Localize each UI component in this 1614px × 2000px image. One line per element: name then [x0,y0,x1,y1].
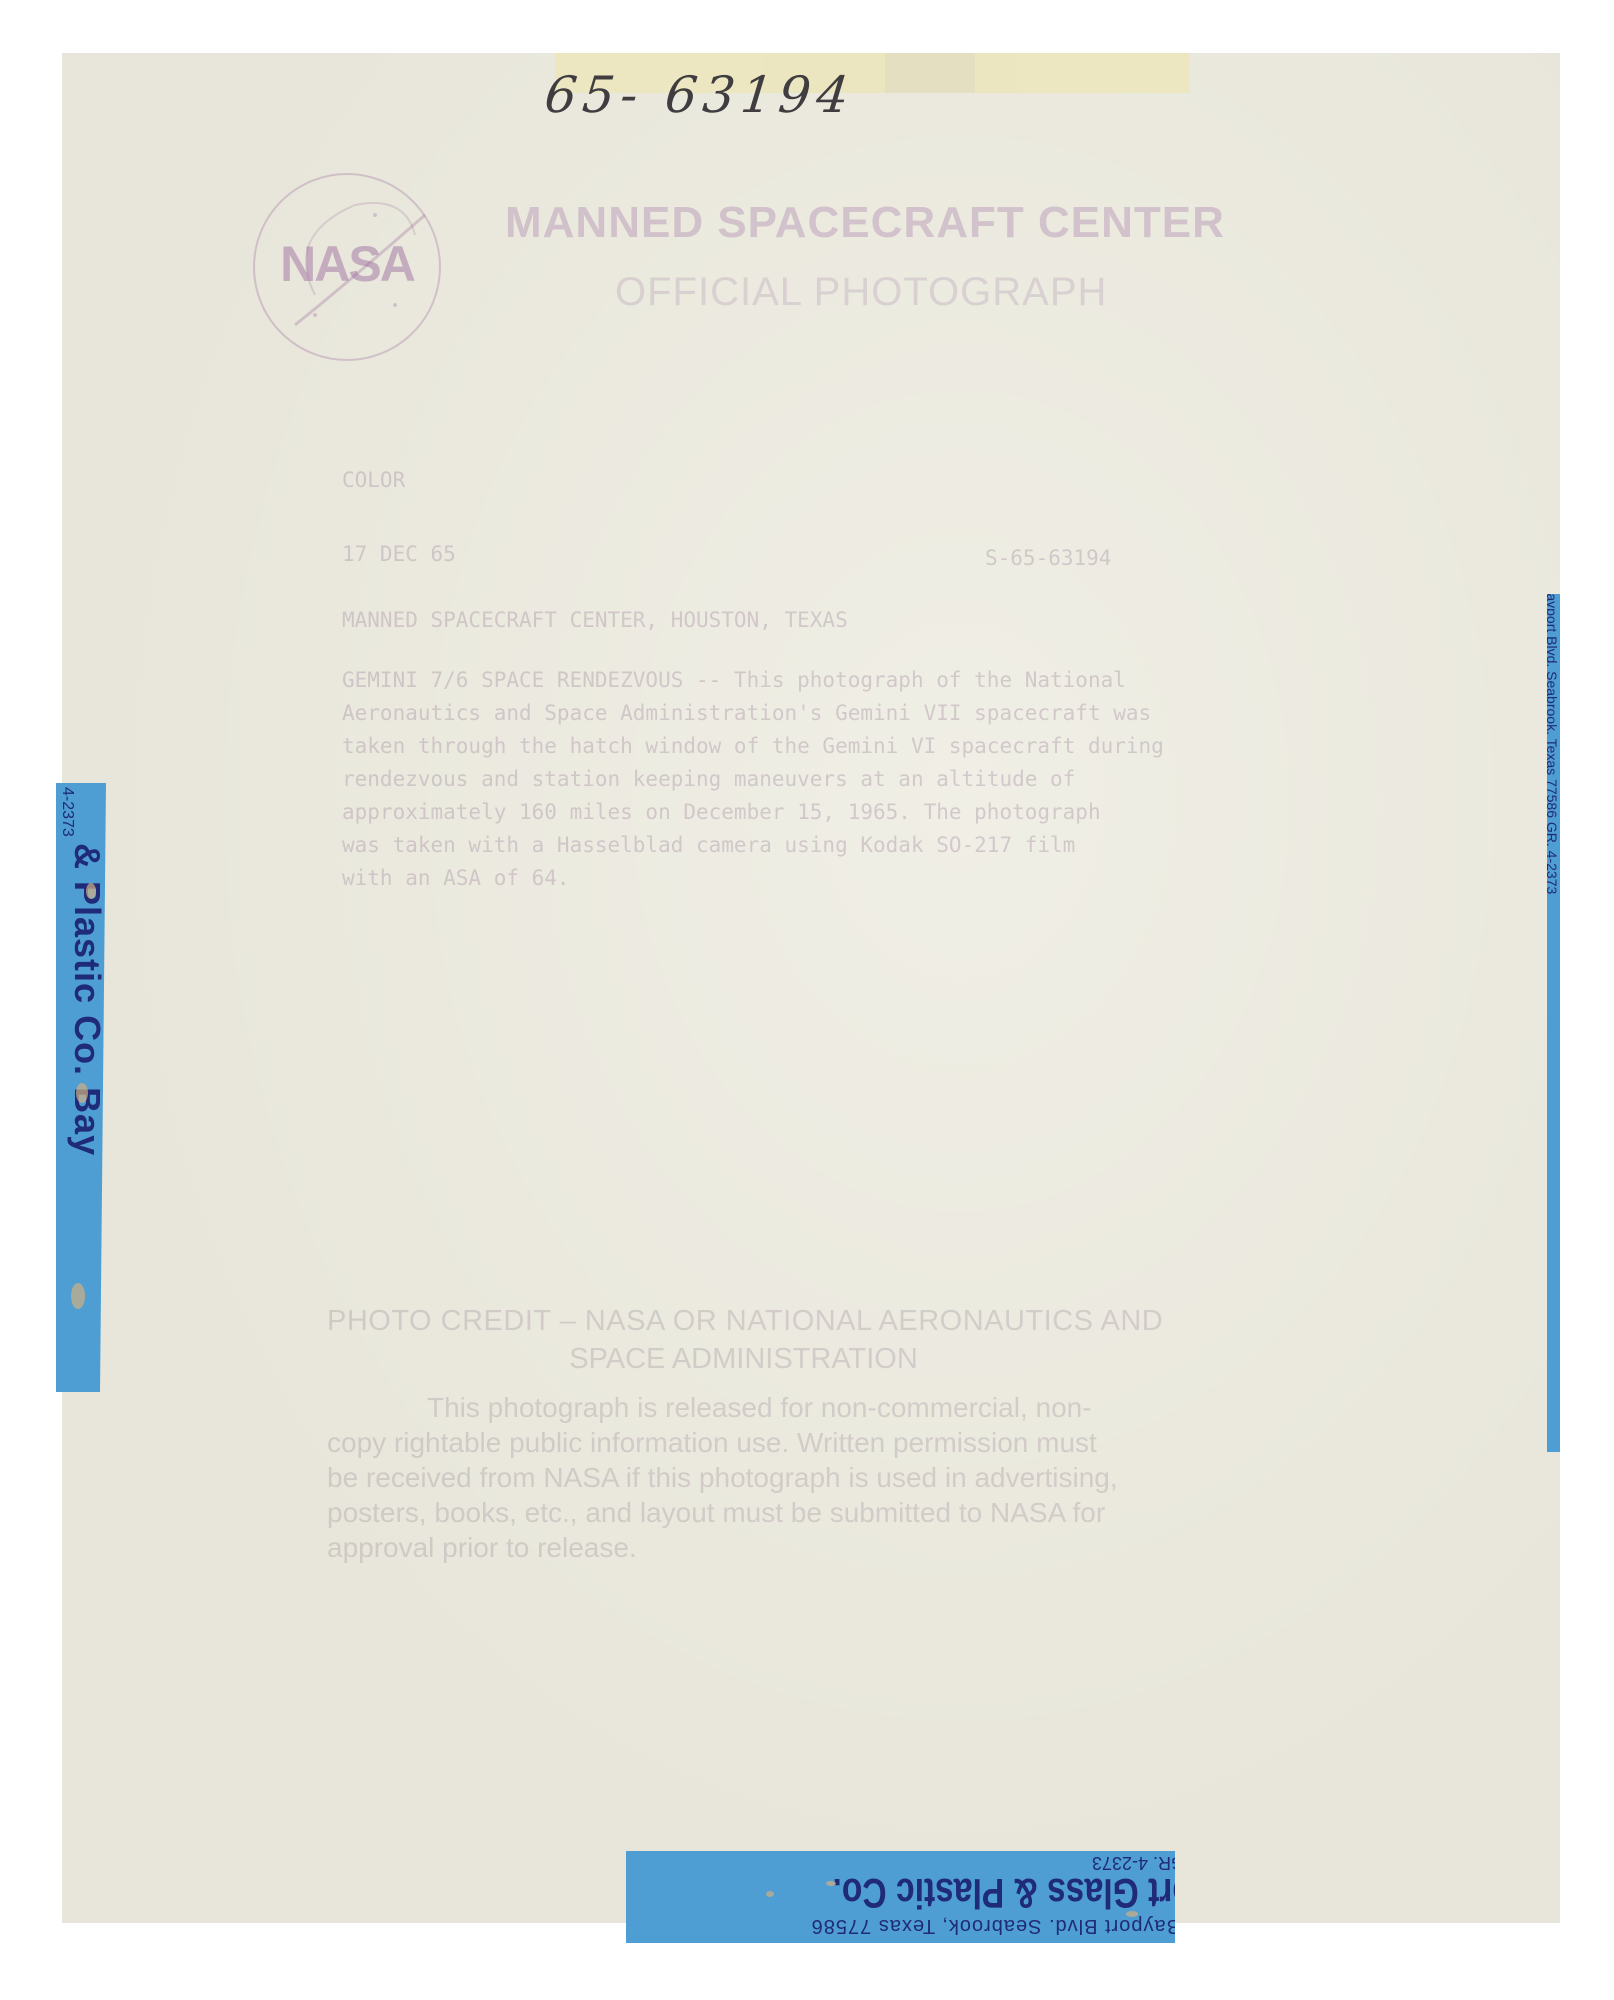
nasa-logo-text: NASA [269,235,425,293]
nasa-logo-icon: NASA [253,173,441,361]
tape-company: Bayport Glass & Plastic Co. [832,1869,1175,1917]
left-tape: 4-2373 & Plastic Co. Bay [56,783,106,1392]
credit-line: posters, books, etc., and layout must be… [327,1495,1160,1530]
color-label: COLOR [342,468,405,492]
caption-body: GEMINI 7/6 SPACE RENDEZVOUS -- This phot… [342,664,1164,895]
tape-address: 1421 Bayport Blvd. Seabrook, Texas 77586 [811,1914,1175,1937]
photo-credit-body: This photograph is released for non-comm… [327,1390,1160,1565]
caption-line: with an ASA of 64. [342,862,1164,895]
photo-credit-heading: PHOTO CREDIT – NASA OR NATIONAL AERONAUT… [327,1305,1163,1338]
bottom-tape: 1421 Bayport Blvd. Seabrook, Texas 77586… [626,1851,1175,1943]
tape-phone: 4-2373 [58,787,76,837]
caption-line: Aeronautics and Space Administration's G… [342,697,1164,730]
caption-line: approximately 160 miles on December 15, … [342,796,1164,829]
credit-line: approval prior to release. [327,1530,1160,1565]
caption-line: GEMINI 7/6 SPACE RENDEZVOUS -- This phot… [342,664,1164,697]
credit-line: be received from NASA if this photograph… [327,1460,1160,1495]
photo-credit-heading-2: SPACE ADMINISTRATION [327,1343,1160,1376]
handwritten-number: 65- 63194 [542,66,858,124]
photo-number: S-65-63194 [985,546,1111,570]
right-tape: Bayport Blvd. Seabrook, Texas 77586 GR. … [1547,594,1560,1452]
letterhead-title: MANNED SPACECRAFT CENTER [505,198,1225,248]
tape-phone: GR. 4-2373 [1092,1852,1175,1873]
caption-date: 17 DEC 65 [342,542,456,566]
caption-location: MANNED SPACECRAFT CENTER, HOUSTON, TEXAS [342,608,848,632]
letterhead-subtitle: OFFICIAL PHOTOGRAPH [615,270,1107,315]
tape-address: Bayport Blvd. Seabrook, Texas 77586 GR. … [1547,594,1560,1442]
credit-line: copy rightable public information use. W… [327,1425,1160,1460]
caption-line: was taken with a Hasselblad camera using… [342,829,1164,862]
credit-line: This photograph is released for non-comm… [327,1390,1160,1425]
caption-line: rendezvous and station keeping maneuvers… [342,763,1164,796]
caption-line: taken through the hatch window of the Ge… [342,730,1164,763]
